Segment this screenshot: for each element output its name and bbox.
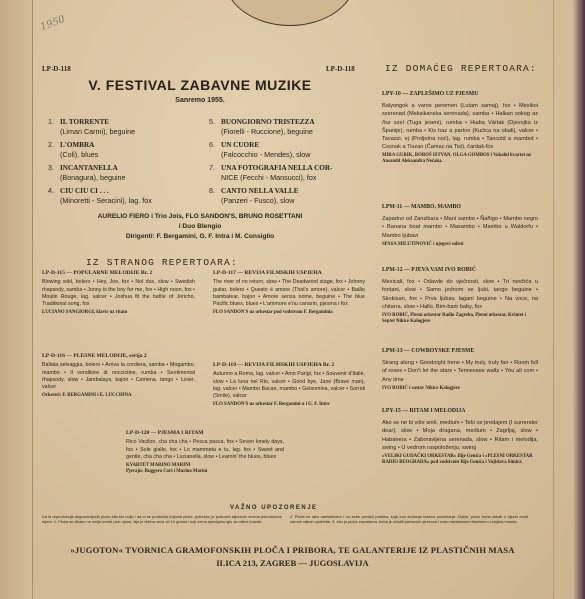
track-details: (Minoretti - Seracini), lag. fox (60, 196, 152, 206)
catalog-entry: LP-D-115 — POPULARNE MELODIJE Br. 2 Blow… (42, 270, 195, 316)
entry-title: LP-D-119 — REVIJA FILMSKIH USPJEHA Br. 2 (213, 362, 365, 369)
entry-title: LPY-15 — RITAM I MELODIJA (382, 407, 538, 415)
track-details: (Coli), blues (60, 150, 98, 160)
publisher-line: »JUGOTON« TVORNICA GRAMOFONSKIH PLOČA I … (40, 545, 545, 555)
entry-title: LP-D-117 — REVIJA FILMSKIH USPJEHA (213, 270, 365, 277)
entry-songs: Ako se ne bi više sreli, medium • Tebi s… (382, 419, 538, 452)
handwritten-note: 1950 (39, 14, 67, 33)
track-title: BUONGIORNO TRISTEZZA (221, 117, 315, 127)
record-cutout (224, 0, 356, 26)
track-details: (Panzeri - Fusco), slow (221, 196, 295, 206)
catalog-entry: LP-D-116 — PLESNE MELODIJE, serija 2 Bal… (42, 353, 195, 399)
right-flap (573, 0, 585, 599)
entry-credit: FLO SANDON'S uz orkestar pod vodstvom F.… (213, 310, 365, 316)
publisher-address: ILICA 213, ZAGREB — JUGOSLAVIJA (40, 558, 545, 568)
entry-credit: IVO ROBIĆ, Plesni orkestar Radio Zagreba… (382, 313, 538, 325)
track-details: (Bonagura), beguine (60, 173, 126, 183)
entry-credit: LUCIANO SANGIORGI, klavir uz ritam (42, 310, 195, 316)
track-title: UN CUORE (221, 140, 259, 150)
warning-text-left: Da bi reprodukcija dugosvirajućih ploča … (42, 514, 282, 524)
entry-credit: IVO ROBIĆ i sastav Nikice Kalogjere (382, 386, 538, 392)
entry-songs: Zapadno od Zanzibara • Maní samba • Ñañi… (382, 215, 538, 240)
entry-songs: Ballata selvaggia, bolero • Arriva la co… (42, 362, 195, 391)
catalog-entry: LPY-15 — RITAM I MELODIJA Ako se ne bi v… (382, 407, 538, 466)
track-details: (Liman Carmi), beguine (60, 127, 135, 137)
artists-line: AURELIO FIERO i Trio Jois, FLO SANDON'S,… (40, 212, 360, 222)
catalog-entry: LPM-11 — MAMBO, MAMBO Zapadno od Zanziba… (382, 203, 538, 248)
entry-title: LPM-12 — PJEVA VAM IVO ROBIĆ (382, 266, 538, 274)
artist-credits: AURELIO FIERO i Trio Jois, FLO SANDON'S,… (40, 212, 360, 242)
entry-title: LPM-13 — COWBOYSKE PJESME (382, 347, 538, 355)
track-title: L'OMBRA (60, 140, 94, 150)
track-title: CIU CIU CI . . . (60, 186, 109, 196)
entry-songs: Strang along • Goodnight Irene • My trul… (382, 359, 538, 384)
warning-text-right: 2. Ploča se lako naelektrizira i na sebe… (290, 514, 528, 524)
entry-credit: »VELIKI GUDAČKI ORKESTAR« Ilije Genića i… (382, 454, 538, 466)
entry-credit: MIRA GURIK, BOROŠ ISTVAN, OLGA GOMBOS i … (382, 153, 538, 165)
entry-songs: The river of no return, slow • The Deadw… (213, 279, 365, 308)
fold-line (553, 0, 554, 599)
entry-title: LPY-10 — ZAPLEŠIMO UZ PJESMU (382, 90, 538, 98)
entry-songs: Mexicali, fox • Odavde do vječnosti, slo… (382, 278, 538, 311)
foreign-repertoire-heading: IZ STRANOG REPERTOARA: (86, 257, 238, 268)
warning-heading: VAŽNO UPOZORENJE (230, 505, 318, 511)
entry-credit: KVARTET MARINO MARINI Pjevaju: Ruggero C… (126, 463, 284, 475)
entry-songs: Rico Vacilon, cha cha cha • Pesca pasca,… (126, 439, 284, 461)
catalog-entry: LP-D-119 — REVIJA FILMSKIH USPJEHA Br. 2… (213, 362, 365, 408)
entry-title: LP-D-116 — PLESNE MELODIJE, serija 2 (42, 353, 195, 360)
catalog-entry: LP-D-120 — PJESMA I RITAM Rico Vacilon, … (126, 430, 284, 475)
catalog-number-left: LP-D-118 (42, 65, 71, 73)
entry-songs: Balyongok a varos peremen (Lutam samaj),… (382, 102, 538, 151)
catalog-entry: LPY-10 — ZAPLEŠIMO UZ PJESMU Balyongok a… (382, 90, 538, 165)
entry-title: LP-D-115 — POPULARNE MELODIJE Br. 2 (42, 270, 195, 277)
entry-title: LPM-11 — MAMBO, MAMBO (382, 203, 538, 211)
entry-credit: FLO SANDON'S uz orkestar F. Bergamini-a … (213, 402, 365, 408)
album-subtitle: Sanremo 1955. (40, 97, 360, 104)
catalog-entry: LP-D-117 — REVIJA FILMSKIH USPJEHA The r… (213, 270, 365, 316)
artists-line: i Duo Blengio (40, 222, 360, 232)
domestic-repertoire-heading: IZ DOMAĆEG REPERTOARA: (385, 63, 537, 74)
catalog-entry: LPM-12 — PJEVA VAM IVO ROBIĆ Mexicali, f… (382, 266, 538, 325)
entry-credit: Orkestri: F. BERGAMINI i E. LUCCHINA (42, 393, 195, 399)
entry-credit: SPASA MILUTINOVIĆ i njegovi solisti (382, 242, 538, 248)
entry-songs: Autunno a Roma, lag. valcer • Amo Parigi… (213, 371, 365, 400)
track-title: UNA FOTOGRAFIA NELLA COR- (221, 163, 333, 173)
catalog-number-right: LP-D-118 (326, 65, 355, 73)
track-title: INCANTANELLA (60, 163, 118, 173)
conductors-line: Dirigenti: F. Bergamini, G. F. Intra i M… (40, 232, 360, 242)
track-details: (Falcocchio - Mendes), slow (221, 150, 310, 160)
entry-songs: Blowing wild, bolero • Hey, Joe, fox • N… (42, 279, 195, 308)
album-title: V. FESTIVAL ZABAVNE MUZIKE (40, 77, 360, 93)
track-details: (Fiorelli - Ruccione), beguine (221, 127, 313, 137)
left-flap (0, 0, 33, 599)
record-sleeve-back: 1950 LP-D-118 LP-D-118 V. FESTIVAL ZABAV… (0, 0, 585, 599)
track-title: CANTO NELLA VALLE (221, 186, 299, 196)
track-details: NICE (Fecchi - Mansucci), fox (221, 173, 316, 183)
entry-title: LP-D-120 — PJESMA I RITAM (126, 430, 284, 437)
catalog-entry: LPM-13 — COWBOYSKE PJESME Strang along •… (382, 347, 538, 392)
track-title: IL TORRENTE (60, 117, 109, 127)
